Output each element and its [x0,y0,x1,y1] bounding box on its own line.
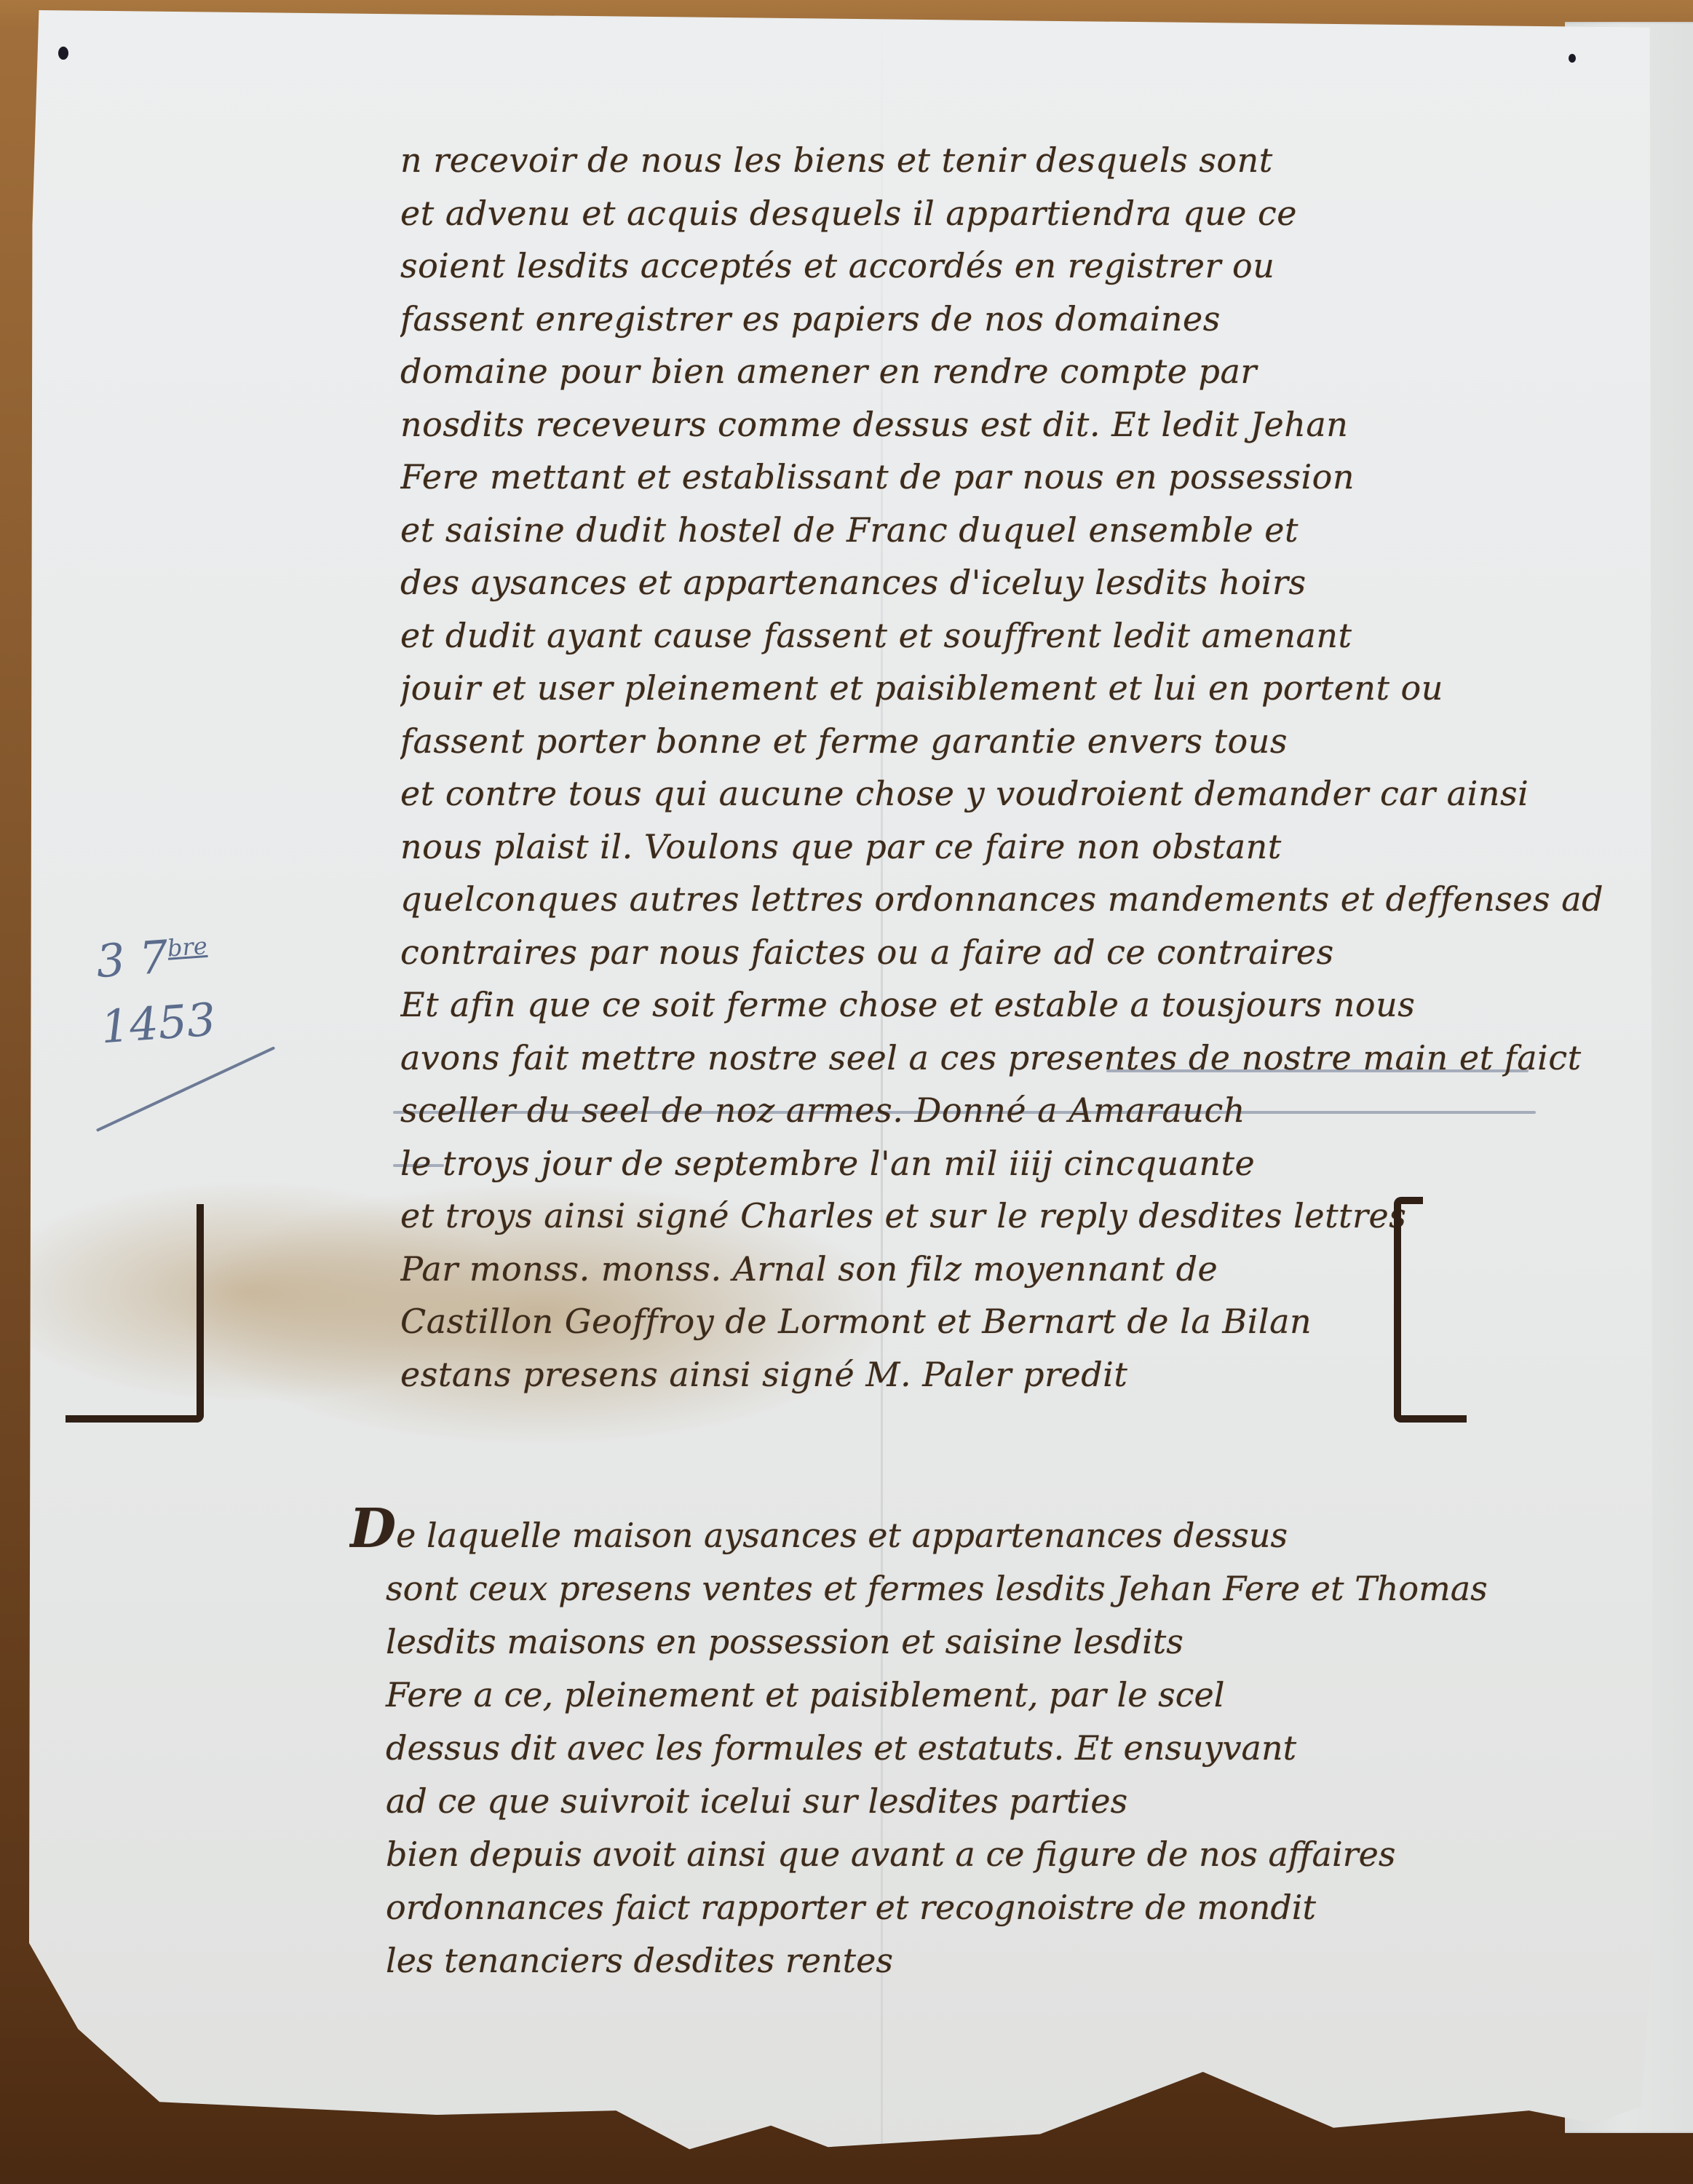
left-ink-bracket [153,1204,204,1423]
text-line-19: sceller du seel de noz armes. Donné a Am… [400,1084,1609,1137]
manuscript-folio: 3 7bre 1453 n recevoir de nous les biens… [29,10,1660,2158]
para2-line-9: les tenanciers desdites rentes [349,1934,1601,1987]
para2-line-6: ad ce que suivroit icelui sur lesdites p… [349,1775,1601,1828]
text-line-7: Fere mettant et establissant de par nous… [400,451,1609,504]
text-line-2: et advenu et acquis desquels il appartie… [400,187,1609,240]
para2-line-8: ordonnances faict rapporter et recognois… [349,1881,1601,1934]
text-line-17: Et afin que ce soit ferme chose et estab… [400,978,1609,1032]
text-line-10: et dudit ayant cause fassent et souffren… [400,609,1609,662]
text-line-6: nosdits receveurs comme dessus est dit. … [400,398,1609,451]
ink-spot [58,47,68,60]
right-ink-bracket [1394,1204,1467,1423]
para2-line-5: dessus dit avec les formules et estatuts… [349,1722,1601,1775]
decorated-initial: D [349,1503,396,1560]
text-line-1: n recevoir de nous les biens et tenir de… [400,134,1609,187]
para2-line-4: Fere a ce, pleinement et paisiblement, p… [349,1669,1601,1722]
para2-line-7: bien depuis avoit ainsi que avant a ce f… [349,1828,1601,1881]
text-line-18: avons fait mettre nostre seel a ces pres… [400,1032,1609,1085]
margin-pencil-stroke [96,1046,275,1132]
margin-day-month: 3 7bre [94,913,214,994]
text-line-16: contraires par nous faictes ou a faire a… [400,926,1609,979]
ink-spot [1569,54,1576,63]
text-line-13: et contre tous qui aucune chose y voudro… [400,767,1609,820]
text-line-3: soient lesdits acceptés et accordés en r… [400,240,1609,293]
text-line-11: jouir et user pleinement et paisiblement… [400,662,1609,715]
text-line-14: nous plaist il. Voulons que par ce faire… [400,820,1609,874]
text-line-4: fassent enregistrer es papiers de nos do… [400,293,1609,346]
text-line-20: le troys jour de septembre l'an mil iiij… [400,1137,1609,1190]
para2-line-2: sont ceux presens ventes et fermes lesdi… [349,1562,1601,1615]
text-line-9: des aysances et appartenances d'iceluy l… [400,556,1609,609]
margin-year: 1453 [99,986,218,1060]
text-line-5: domaine pour bien amener en rendre compt… [400,345,1609,398]
text-line-15: quelconques autres lettres ordonnances m… [400,873,1609,926]
text-line-8: et saisine dudit hostel de Franc duquel … [400,504,1609,557]
margin-month-suffix: bre [167,932,208,962]
para2-line-3: lesdits maisons en possession et saisine… [349,1615,1601,1669]
margin-day: 3 [95,933,127,989]
margin-date-annotation: 3 7bre 1453 [94,913,218,1060]
para2-line-1: e laquelle maison aysances et appartenan… [396,1516,1288,1555]
margin-month: 7 [138,930,170,985]
text-line-12: fassent porter bonne et ferme garantie e… [400,715,1609,768]
second-paragraph: De laquelle maison aysances et appartena… [349,1503,1601,1987]
